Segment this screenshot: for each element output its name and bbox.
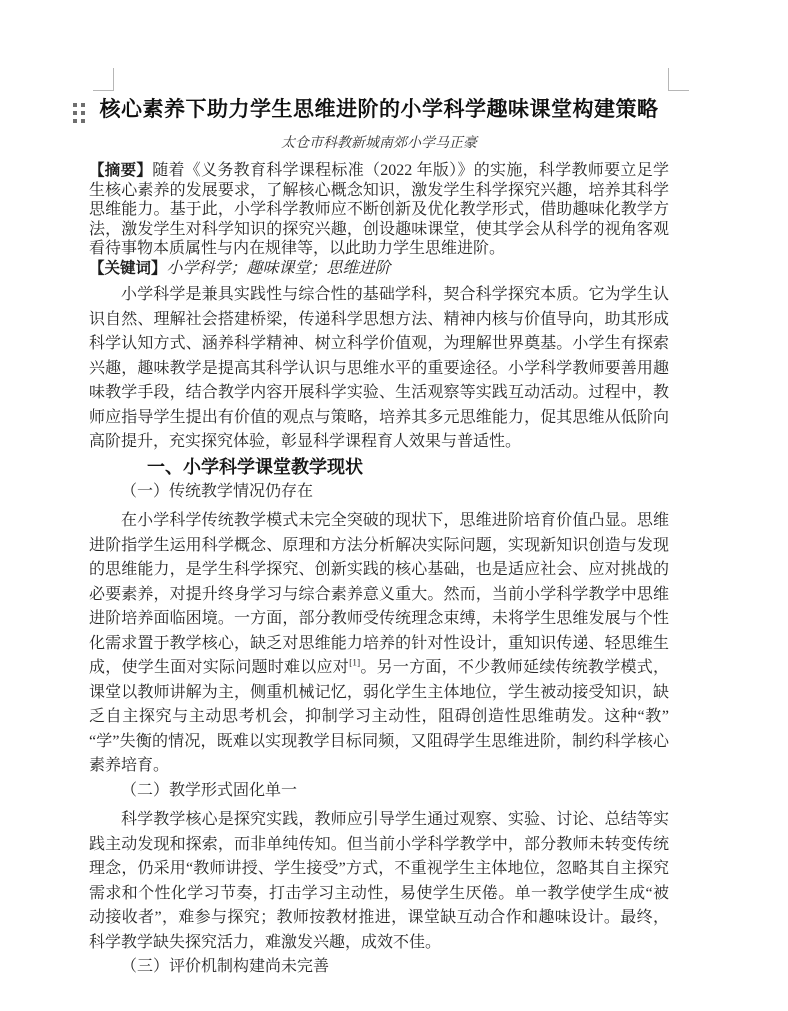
footnote-reference-1[interactable]: [1]	[349, 659, 360, 669]
keywords-line: 【关键词】小学科学；趣味课堂；思维进阶	[89, 259, 669, 279]
section-1-heading: 一、小学科学课堂教学现状	[89, 455, 669, 480]
drag-handle-dot	[73, 119, 77, 123]
abstract-text: 随着《义务教育科学课程标准（2022 年版）》的实施，科学教师要立足学生核心素养…	[89, 162, 669, 257]
drag-handle-dot	[73, 111, 77, 115]
drag-handle-dot	[81, 103, 85, 107]
section-1-1-text-after-footnote: 。另一方面，不少教师延续传统教学模式，课堂以教师讲解为主，侧重机械记忆，弱化学生…	[89, 659, 669, 774]
paragraph-drag-handle-icon[interactable]	[73, 103, 85, 123]
document-body: 核心素养下助力学生思维进阶的小学科学趣味课堂构建策略 太仓市科教新城南郊小学马正…	[89, 90, 669, 980]
keywords-label: 【关键词】	[89, 260, 167, 277]
page-title: 核心素养下助力学生思维进阶的小学科学趣味课堂构建策略	[89, 94, 669, 124]
author-line: 太仓市科教新城南郊小学马正豪	[89, 134, 669, 154]
drag-handle-dot	[81, 119, 85, 123]
section-1-1-paragraph: 在小学科学传统教学模式未完全突破的现状下，思维进阶培育价值凸显。思维进阶指学生运…	[89, 509, 669, 779]
intro-paragraph: 小学科学是兼具实践性与综合性的基础学科，契合科学探究本质。它为学生认识自然、理解…	[89, 283, 669, 455]
section-1-3-heading: （三）评价机制构建尚未完善	[89, 955, 669, 980]
margin-crop-mark-top-right-icon	[668, 68, 689, 91]
document-page: 核心素养下助力学生思维进阶的小学科学趣味课堂构建策略 太仓市科教新城南郊小学马正…	[0, 0, 788, 1011]
drag-handle-dot	[73, 103, 77, 107]
abstract-label: 【摘要】	[89, 162, 152, 179]
section-1-2-paragraph: 科学教学核心是探究实践，教师应引导学生通过观察、实验、讨论、总结等实践主动发现和…	[89, 808, 669, 955]
margin-crop-mark-top-left-icon	[93, 68, 114, 91]
keywords-text: 小学科学；趣味课堂；思维进阶	[167, 260, 391, 277]
abstract-paragraph: 【摘要】随着《义务教育科学课程标准（2022 年版）》的实施，科学教师要立足学生…	[89, 161, 669, 259]
section-1-2-heading: （二）教学形式固化单一	[89, 779, 669, 804]
section-1-1-heading: （一）传统教学情况仍存在	[89, 480, 669, 505]
section-1-1-text-before-footnote: 在小学科学传统教学模式未完全突破的现状下，思维进阶培育价值凸显。思维进阶指学生运…	[89, 512, 669, 676]
drag-handle-dot	[81, 111, 85, 115]
